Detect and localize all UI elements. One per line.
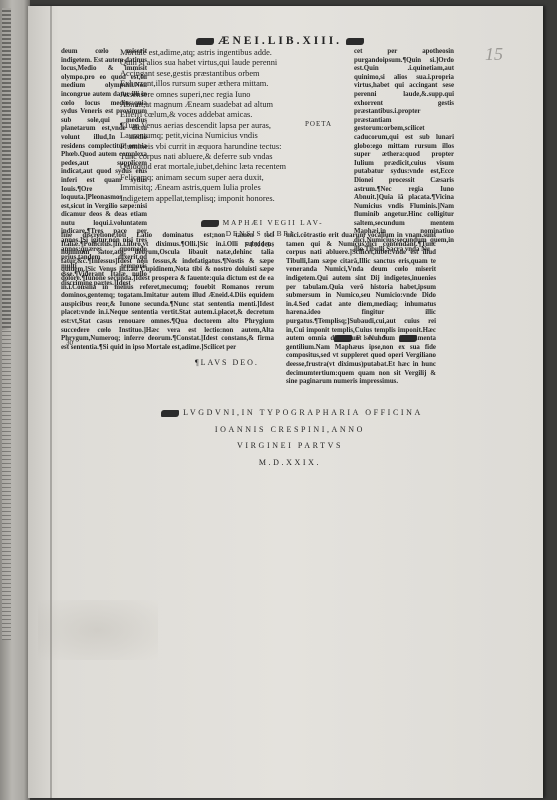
running-head-text: ÆNEI.LIB.XIII. bbox=[218, 35, 342, 47]
laus-deo: ¶LAVS DEO. bbox=[195, 358, 259, 367]
fleuron-ornament-icon bbox=[399, 335, 417, 342]
fleuron-ornament-icon bbox=[334, 335, 352, 342]
commentary-wide-right: mici.cõtrastio erit duarum vocalium in v… bbox=[286, 232, 436, 387]
verse-line: Felicemq; animam secum super aera duxit, bbox=[120, 173, 355, 183]
verse-line: Flumineis vbi currit in æquora harundine… bbox=[120, 142, 355, 152]
pencil-folio-mark: 15 bbox=[485, 44, 503, 65]
verse-line: Immisitq; Æneam astris,quem Iulia proles bbox=[120, 183, 355, 193]
fleuron-ornament-icon bbox=[346, 38, 364, 45]
fleuron-ornament-icon bbox=[161, 410, 179, 417]
verse-line: Quin si alios sua habet virtus,qui laude… bbox=[120, 58, 355, 68]
finis-text: FINIS. bbox=[356, 333, 395, 342]
end-title-line-1: MAPHÆI VEGII LAV- bbox=[223, 218, 324, 227]
verse-line: Quidquid erat mortale,iubet,dehinc læta … bbox=[120, 162, 355, 172]
finis-ornament-line: FINIS. bbox=[330, 333, 421, 342]
verse-line: Indigetem appellat,templisq; imponit hon… bbox=[120, 194, 355, 204]
running-head: ÆNEI.LIB.XIII. bbox=[140, 35, 420, 47]
verse-line: Assensere omnes superi,nec regia Iuno bbox=[120, 90, 355, 100]
commentary-wide-left: fine discretione,toti Latio dominatus es… bbox=[61, 232, 274, 352]
woodcut-text-block bbox=[2, 330, 11, 640]
margin-line-number: 30 bbox=[66, 339, 73, 347]
fleuron-ornament-icon bbox=[196, 38, 214, 45]
verse-line: Laurentumq; petit,vicina Numicius vndis bbox=[120, 131, 355, 141]
verse-line: Accingant sese,gestis præstantibus orbem bbox=[120, 69, 355, 79]
imprint-line-2: IOANNIS CRESPINI,ANNO bbox=[140, 422, 440, 439]
verse-line: Tunc corpus nati abluere,& deferre sub v… bbox=[120, 152, 355, 162]
fleuron-ornament-icon bbox=[201, 220, 219, 227]
verse-line: Exhorrent,illos rursum super æthera mitt… bbox=[120, 79, 355, 89]
paper-stain bbox=[38, 600, 158, 660]
poeta-marginal-label: POETA bbox=[305, 120, 332, 128]
facing-page-edge bbox=[0, 0, 30, 800]
gutter-crease bbox=[50, 6, 52, 798]
verse-line: Abnuit,at magnum Æneam suadebat ad altum bbox=[120, 100, 355, 110]
printer-imprint: LVGDVNI,IN TYPOGRAPHARIA OFFICINA IOANNI… bbox=[140, 405, 440, 471]
imprint-line-3: VIRGINEI PARTVS bbox=[140, 438, 440, 455]
woodcut-illustration bbox=[2, 8, 11, 328]
imprint-line-1: LVGDVNI,IN TYPOGRAPHARIA OFFICINA bbox=[183, 408, 423, 417]
verse-line: Mortale est,adime,atq; astris ingentibus… bbox=[120, 48, 355, 58]
imprint-line-4: M.D.XXIX. bbox=[140, 455, 440, 472]
